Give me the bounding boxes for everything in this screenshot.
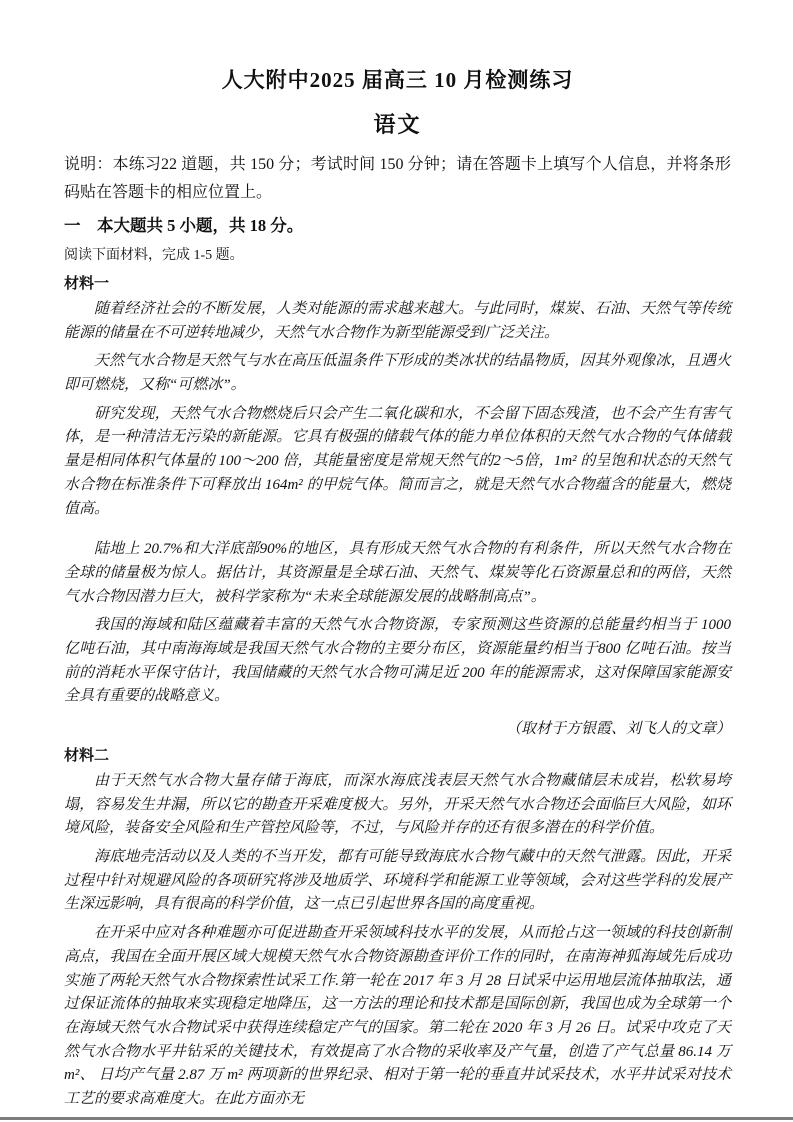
material-one-paragraph-4: 陆地上 20.7%和大洋底部90%的地区，具有形成天然气水合物的有利条件，所以天… — [64, 538, 731, 609]
page-bottom-border — [0, 1117, 793, 1120]
material-one-paragraph-2: 天然气水合物是天然气与水在高压低温条件下形成的类冰状的结晶物质，因其外观像冰，且… — [64, 350, 731, 397]
reading-prompt: 阅读下面材料，完成 1-5 题。 — [64, 244, 731, 264]
material-two-heading: 材料二 — [64, 744, 731, 765]
exam-paper-page: 人大附中2025 届高三 10 月检测练习 语文 说明：本练习22 道题，共 1… — [0, 0, 793, 1122]
material-one-paragraph-5: 我国的海域和陆区蕴藏着丰富的天然气水合物资源，专家预测这些资源的总能量约相当于 … — [64, 614, 731, 709]
material-one-paragraph-3: 研究发现，天然气水合物燃烧后只会产生二氧化碳和水，不会留下固态残渣，也不会产生有… — [64, 403, 731, 521]
material-one-heading: 材料一 — [64, 272, 731, 293]
material-one-source-attribution: （取材于方银霞、刘飞人的文章） — [64, 717, 731, 738]
material-one-paragraph-1: 随着经济社会的不断发展，人类对能源的需求越来越大。与此同时，煤炭、石油、天然气等… — [64, 298, 731, 345]
material-two-paragraph-2: 海底地壳活动以及人类的不当开发，都有可能导致海底水合物气藏中的天然气泄露。因此，… — [64, 846, 731, 917]
exam-instructions: 说明：本练习22 道题，共 150 分；考试时间 150 分钟；请在答题卡上填写… — [64, 151, 731, 206]
page-title: 人大附中2025 届高三 10 月检测练习 — [64, 64, 731, 94]
subject-title: 语文 — [64, 108, 731, 139]
material-two-paragraph-3: 在开采中应对各种难题亦可促进勘查开采领域科技水平的发展，从而抢占这一领域的科技创… — [64, 922, 731, 1112]
section-one-heading: 一 本大题共 5 小题，共 18 分。 — [64, 212, 731, 236]
material-two-paragraph-1: 由于天然气水合物大量存储于海底，而深水海底浅表层天然气水合物藏储层未成岩，松软易… — [64, 770, 731, 841]
